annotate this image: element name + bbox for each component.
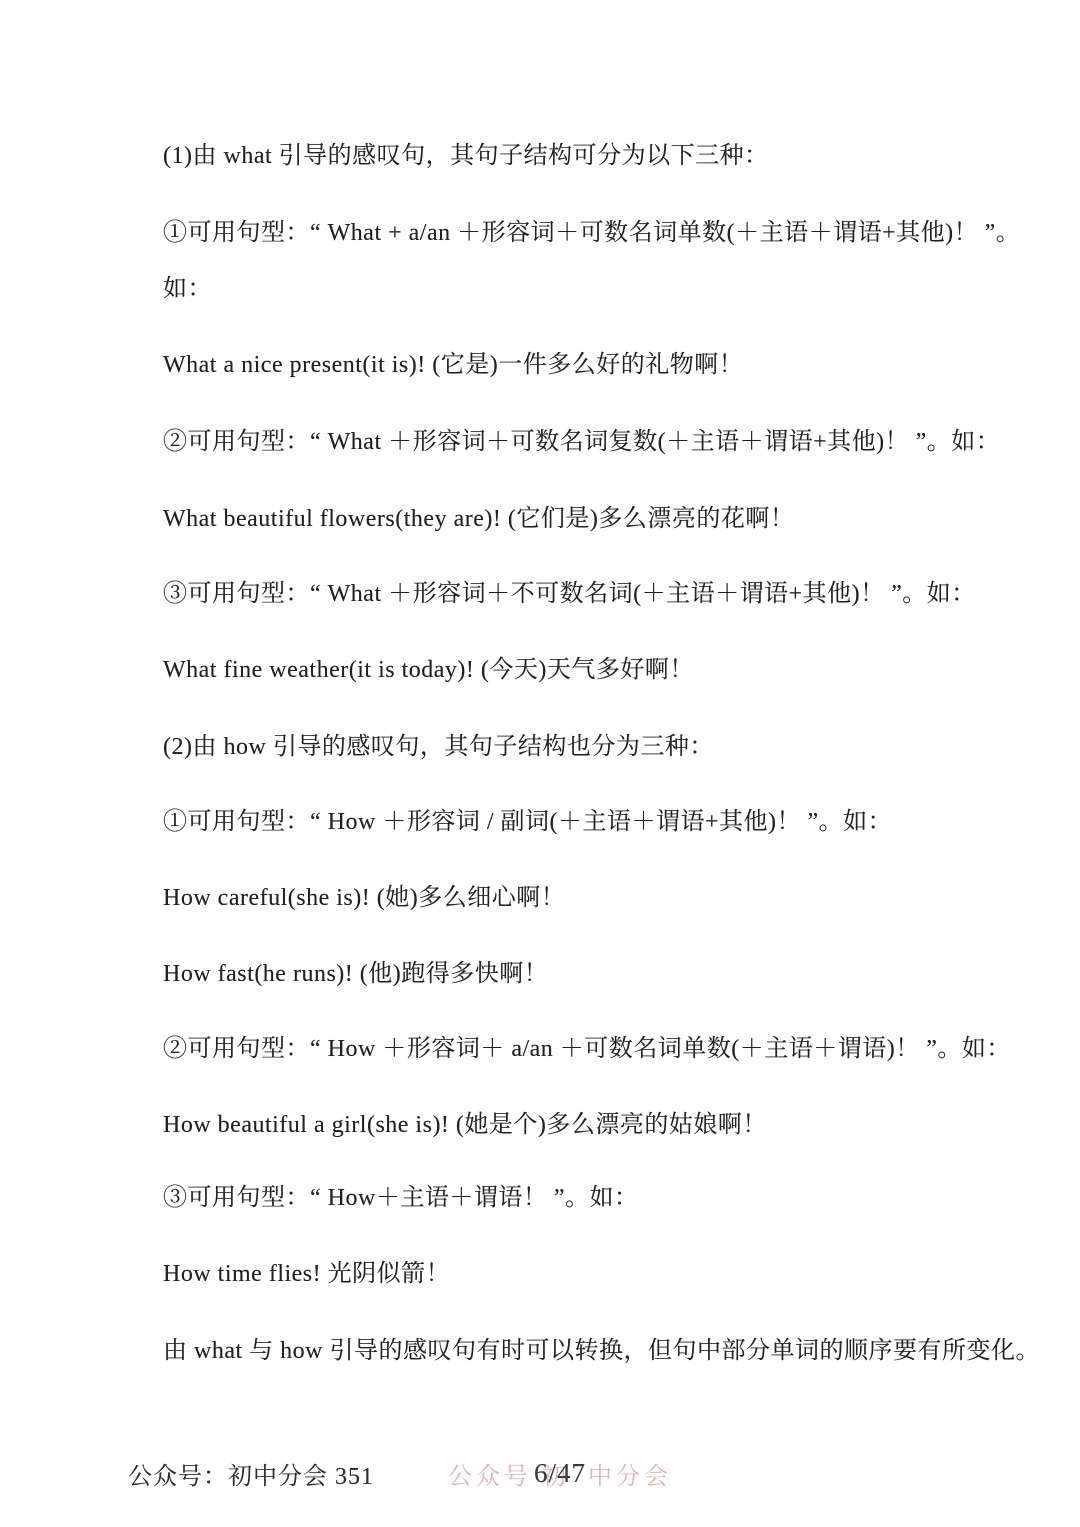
doc-line-6: What beautiful flowers(they are)! (它们是)多… <box>163 503 953 535</box>
doc-line-14: How beautiful a girl(she is)! (她是个)多么漂亮的… <box>163 1109 953 1141</box>
page-footer: 公众号：初中分会 351 公众号初6/47中分会 <box>0 1456 1080 1496</box>
doc-line-13: ②可用句型：“ How ＋形容词＋ a/an ＋可数名词单数(＋主语＋谓语)！ … <box>163 1033 953 1065</box>
center-watermark: 公众号初6/47中分会 <box>448 1456 672 1491</box>
doc-line-5: ②可用句型：“ What ＋形容词＋可数名词复数(＋主语＋谓语+其他)！ ”。如… <box>163 426 953 458</box>
page-number: 6/47 <box>532 1458 588 1488</box>
doc-line-2: ①可用句型：“ What + a/an ＋形容词＋可数名词单数(＋主语＋谓语+其… <box>163 217 953 249</box>
doc-line-8: What fine weather(it is today)! (今天)天气多好… <box>163 654 953 686</box>
watermark-prefix-text: 公众号 <box>448 1464 532 1490</box>
doc-line-4: What a nice present(it is)! (它是)一件多么好的礼物… <box>163 349 953 381</box>
doc-line-16: How time flies! 光阴似箭！ <box>163 1258 953 1290</box>
doc-line-3: 如： <box>163 273 953 305</box>
doc-line-7: ③可用句型：“ What ＋形容词＋不可数名词(＋主语＋谓语+其他)！ ”。如： <box>163 578 953 610</box>
doc-line-12: How fast(he runs)! (他)跑得多快啊！ <box>163 958 953 990</box>
doc-line-11: How careful(she is)! (她)多么细心啊！ <box>163 882 953 914</box>
footer-account-label: 公众号：初中分会 351 <box>128 1456 374 1491</box>
document-page: (1)由 what 引导的感叹句，其句子结构可分为以下三种： ①可用句型：“ W… <box>0 0 1080 1527</box>
doc-line-10: ①可用句型：“ How ＋形容词 / 副词(＋主语＋谓语+其他)！ ”。如： <box>163 806 953 838</box>
watermark-overlap-group: 初6/47 <box>532 1458 588 1489</box>
doc-line-1: (1)由 what 引导的感叹句，其句子结构可分为以下三种： <box>163 140 953 172</box>
doc-line-9: (2)由 how 引导的感叹句，其句子结构也分为三种： <box>163 731 953 763</box>
doc-line-15: ③可用句型：“ How＋主语＋谓语！ ”。如： <box>163 1182 953 1214</box>
watermark-suffix-text: 中分会 <box>588 1464 672 1490</box>
doc-line-17: 由 what 与 how 引导的感叹句有时可以转换，但句中部分单词的顺序要有所变… <box>163 1335 953 1367</box>
